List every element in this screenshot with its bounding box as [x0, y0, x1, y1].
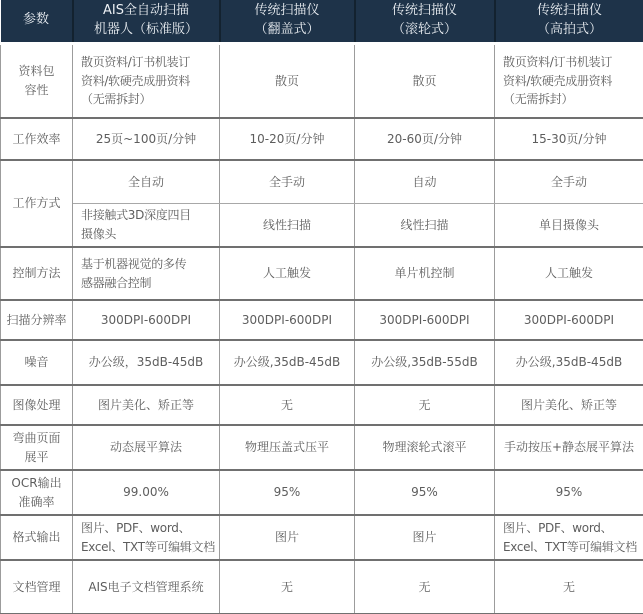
value-cell: AIS电子文档管理系统 — [73, 560, 220, 614]
value-cell: 300DPI-600DPI — [220, 300, 355, 340]
value-cell: 10-20页/分钟 — [220, 118, 355, 160]
value-cell: 散页 — [220, 43, 355, 118]
table-row: 弯曲页面 展平 动态展平算法 物理压盖式压平 物理滚轮式滚平 手动按压+静态展平… — [1, 425, 643, 470]
value-cell: 非接触式3D深度四目 摄像头 — [73, 203, 220, 247]
value-cell: 图片、PDF、word、 Excel、TXT等可编辑文档 — [73, 515, 220, 560]
row-label: 文档管理 — [1, 560, 73, 614]
table-row: 噪音 办公级，35dB-45dB 办公级,35dB-45dB 办公级,35dB-… — [1, 340, 643, 385]
value-cell: 300DPI-600DPI — [355, 300, 495, 340]
value-cell: 办公级,35dB-45dB — [220, 340, 355, 385]
value-cell: 300DPI-600DPI — [73, 300, 220, 340]
table-row: 工作效率 25页~100页/分钟 10-20页/分钟 20-60页/分钟 15-… — [1, 118, 643, 160]
value-cell: 散页资料/订书机装订 资料/软硬壳成册资料 （无需拆封） — [495, 43, 643, 118]
value-cell: 25页~100页/分钟 — [73, 118, 220, 160]
value-cell: 300DPI-600DPI — [495, 300, 643, 340]
table-row: OCR输出 准确率 99.00% 95% 95% 95% — [1, 470, 643, 515]
value-cell: 办公级，35dB-45dB — [73, 340, 220, 385]
row-label: 格式输出 — [1, 515, 73, 560]
value-cell: 99.00% — [73, 470, 220, 515]
value-cell: 动态展平算法 — [73, 425, 220, 470]
header-row: 参数 AIS全自动扫描 机器人（标准版） 传统扫描仪 （翻盖式） 传统扫描仪 （… — [1, 0, 643, 43]
comparison-table-page: 参数 AIS全自动扫描 机器人（标准版） 传统扫描仪 （翻盖式） 传统扫描仪 （… — [0, 0, 643, 614]
value-cell: 图片美化、矫正等 — [495, 385, 643, 425]
column-header-ais-robot: AIS全自动扫描 机器人（标准版） — [73, 0, 220, 43]
row-label: 资料包 容性 — [1, 43, 73, 118]
table-row: 资料包 容性 散页资料/订书机装订 资料/软硬壳成册资料 （无需拆封） 散页 散… — [1, 43, 643, 118]
value-cell: 无 — [220, 385, 355, 425]
table-row: 工作方式 全自动 全手动 自动 全手动 — [1, 160, 643, 203]
row-label: 噪音 — [1, 340, 73, 385]
value-cell: 无 — [355, 560, 495, 614]
value-cell: 办公级,35dB-45dB — [495, 340, 643, 385]
value-cell: 物理滚轮式滚平 — [355, 425, 495, 470]
value-cell: 全手动 — [220, 160, 355, 203]
column-header-overhead: 传统扫描仪 （高拍式） — [495, 0, 643, 43]
value-cell: 95% — [495, 470, 643, 515]
value-cell: 95% — [355, 470, 495, 515]
row-label: 控制方法 — [1, 247, 73, 300]
row-label: OCR输出 准确率 — [1, 470, 73, 515]
value-cell: 人工触发 — [220, 247, 355, 300]
value-cell: 无 — [495, 560, 643, 614]
value-cell: 散页资料/订书机装订 资料/软硬壳成册资料 （无需拆封） — [73, 43, 220, 118]
scanner-comparison-table: 参数 AIS全自动扫描 机器人（标准版） 传统扫描仪 （翻盖式） 传统扫描仪 （… — [0, 0, 643, 614]
value-cell: 手动按压+静态展平算法 — [495, 425, 643, 470]
value-cell: 图片 — [220, 515, 355, 560]
table-row: 图像处理 图片美化、矫正等 无 无 图片美化、矫正等 — [1, 385, 643, 425]
value-cell: 线性扫描 — [220, 203, 355, 247]
value-cell: 全手动 — [495, 160, 643, 203]
value-cell: 20-60页/分钟 — [355, 118, 495, 160]
table-row: 文档管理 AIS电子文档管理系统 无 无 无 — [1, 560, 643, 614]
value-cell: 图片、PDF、word、 Excel、TXT等可编辑文档 — [495, 515, 643, 560]
column-header-flatbed: 传统扫描仪 （翻盖式） — [220, 0, 355, 43]
row-label: 弯曲页面 展平 — [1, 425, 73, 470]
value-cell: 自动 — [355, 160, 495, 203]
value-cell: 15-30页/分钟 — [495, 118, 643, 160]
value-cell: 线性扫描 — [355, 203, 495, 247]
value-cell: 单片机控制 — [355, 247, 495, 300]
row-label: 图像处理 — [1, 385, 73, 425]
row-label: 工作效率 — [1, 118, 73, 160]
value-cell: 全自动 — [73, 160, 220, 203]
value-cell: 95% — [220, 470, 355, 515]
value-cell: 散页 — [355, 43, 495, 118]
value-cell: 图片 — [355, 515, 495, 560]
column-header-parameter: 参数 — [1, 0, 73, 43]
value-cell: 无 — [355, 385, 495, 425]
value-cell: 图片美化、矫正等 — [73, 385, 220, 425]
value-cell: 办公级,35dB-55dB — [355, 340, 495, 385]
value-cell: 无 — [220, 560, 355, 614]
table-row: 非接触式3D深度四目 摄像头 线性扫描 线性扫描 单目摄像头 — [1, 203, 643, 247]
table-row: 扫描分辨率 300DPI-600DPI 300DPI-600DPI 300DPI… — [1, 300, 643, 340]
value-cell: 单目摄像头 — [495, 203, 643, 247]
value-cell: 物理压盖式压平 — [220, 425, 355, 470]
column-header-roller: 传统扫描仪 （滚轮式） — [355, 0, 495, 43]
table-row: 格式输出 图片、PDF、word、 Excel、TXT等可编辑文档 图片 图片 … — [1, 515, 643, 560]
row-label: 工作方式 — [1, 160, 73, 247]
row-label: 扫描分辨率 — [1, 300, 73, 340]
value-cell: 基于机器视觉的多传 感器融合控制 — [73, 247, 220, 300]
table-row: 控制方法 基于机器视觉的多传 感器融合控制 人工触发 单片机控制 人工触发 — [1, 247, 643, 300]
value-cell: 人工触发 — [495, 247, 643, 300]
